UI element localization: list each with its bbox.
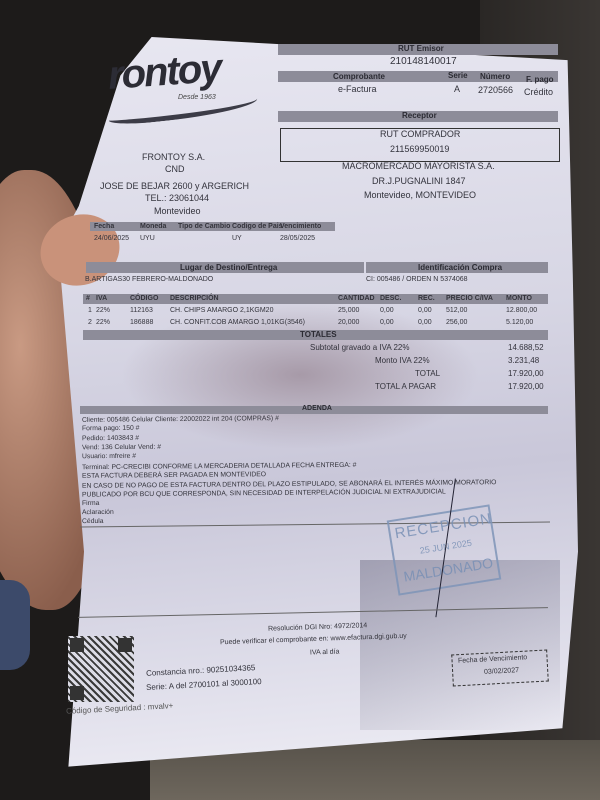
item-cell: 1 bbox=[88, 307, 92, 314]
qr-code bbox=[68, 636, 134, 702]
comprobante: e-Factura bbox=[338, 84, 377, 94]
rut-emisor: 210148140017 bbox=[390, 56, 457, 67]
issuer-address: JOSE DE BEJAR 2600 y ARGERICH bbox=[100, 181, 249, 191]
issuer-city: Montevideo bbox=[154, 206, 201, 216]
total-value: 14.688,52 bbox=[508, 343, 544, 352]
total-value: 3.231,48 bbox=[508, 356, 539, 365]
logo-tagline: Desde 1963 bbox=[178, 94, 216, 101]
comprobante-bar bbox=[278, 71, 558, 82]
item-cell: 2 bbox=[88, 319, 92, 326]
item-cell: 0,00 bbox=[380, 307, 394, 314]
adenda-line: Cédula bbox=[82, 518, 104, 525]
issuer-name: FRONTOY S.A. bbox=[142, 152, 205, 162]
info-value: 24/06/2025 bbox=[94, 235, 129, 242]
items-column-header: CANTIDAD bbox=[338, 295, 375, 302]
adenda-line: Forma pago: 150 # bbox=[82, 425, 139, 433]
items-column-header: CÓDIGO bbox=[130, 295, 158, 302]
items-column-header: PRECIO C/IVA bbox=[446, 295, 493, 302]
info-column-header: Codigo de Pais bbox=[232, 223, 283, 230]
item-cell: CH. CHIPS AMARGO 2,1KGM20 bbox=[170, 307, 273, 314]
item-cell: 256,00 bbox=[446, 319, 467, 326]
item-cell: 0,00 bbox=[418, 319, 432, 326]
adenda-line: Pedido: 1403843 # bbox=[82, 434, 139, 441]
items-column-header: DESCRIPCIÓN bbox=[170, 295, 219, 302]
item-cell: 186888 bbox=[130, 319, 153, 326]
serie-label: Serie bbox=[448, 71, 468, 80]
info-value: UYU bbox=[140, 235, 155, 242]
total-label: Subtotal gravado a IVA 22% bbox=[310, 343, 409, 352]
info-value: UY bbox=[232, 235, 242, 242]
info-column-header: Moneda bbox=[140, 223, 166, 230]
item-cell: 0,00 bbox=[418, 307, 432, 314]
rut-comprador-label: RUT COMPRADOR bbox=[380, 129, 460, 139]
info-value: 28/05/2025 bbox=[280, 235, 315, 242]
receptor-name: MACROMERCADO MAYORISTA S.A. bbox=[342, 161, 495, 171]
info-column-header: Tipo de Cambio bbox=[178, 223, 230, 230]
receptor-label: Receptor bbox=[402, 111, 437, 120]
numero-label: Número bbox=[480, 72, 510, 81]
total-label: TOTAL A PAGAR bbox=[375, 382, 436, 391]
item-cell: 5.120,00 bbox=[506, 319, 533, 326]
adenda-line: Vend: 136 Celular Vend: # bbox=[82, 444, 161, 452]
forma-pago-label: F. pago bbox=[526, 75, 554, 84]
adenda-label: ADENDA bbox=[302, 405, 332, 412]
item-cell: 22% bbox=[96, 307, 110, 314]
item-cell: 22% bbox=[96, 319, 110, 326]
destino-value: B.ARTIGAS30 FEBRERO-MALDONADO bbox=[85, 276, 213, 283]
items-column-header: # bbox=[86, 295, 90, 302]
item-cell: 0,00 bbox=[380, 319, 394, 326]
receptor-city: Montevideo, MONTEVIDEO bbox=[364, 190, 476, 200]
item-cell: 512,00 bbox=[446, 307, 467, 314]
total-label: TOTAL bbox=[415, 369, 440, 378]
items-column-header: IVA bbox=[96, 295, 107, 302]
identificacion-value: CI: 005486 / ORDEN N 5374068 bbox=[366, 276, 468, 283]
total-value: 17.920,00 bbox=[508, 382, 544, 391]
issuer-branch: CND bbox=[165, 164, 185, 174]
adenda-line: ESTA FACTURA DEBERÁ SER PAGADA EN MONTEV… bbox=[82, 471, 266, 480]
item-cell: 12.800,00 bbox=[506, 307, 537, 314]
identificacion-label: Identificación Compra bbox=[418, 263, 502, 272]
adenda-line: Usuario: mfreire # bbox=[82, 453, 136, 460]
numero: 2720566 bbox=[478, 85, 513, 95]
adenda-line: Firma bbox=[82, 500, 99, 507]
sleeve bbox=[0, 580, 30, 670]
rut-emisor-label: RUT Emisor bbox=[398, 44, 444, 53]
rut-comprador: 211569950019 bbox=[390, 144, 449, 154]
item-cell: 20,000 bbox=[338, 319, 359, 326]
totales-label: TOTALES bbox=[300, 330, 337, 339]
items-column-header: DESC. bbox=[380, 295, 401, 302]
info-column-header: Fecha bbox=[94, 223, 114, 230]
receptor-address: DR.J.PUGNALINI 1847 bbox=[372, 176, 466, 186]
total-label: Monto IVA 22% bbox=[375, 356, 430, 365]
forma-pago: Crédito bbox=[524, 87, 553, 97]
serie: A bbox=[454, 84, 460, 94]
total-value: 17.920,00 bbox=[508, 369, 544, 378]
issuer-phone: TEL.: 23061044 bbox=[145, 193, 209, 203]
comprobante-label: Comprobante bbox=[333, 72, 385, 81]
destino-label: Lugar de Destino/Entrega bbox=[180, 263, 277, 272]
item-cell: 112163 bbox=[130, 307, 153, 314]
iva-al-dia: IVA al día bbox=[310, 648, 340, 656]
adenda-line: Aclaración bbox=[82, 509, 114, 516]
issuer-logo: rontoy bbox=[107, 46, 222, 99]
info-column-header: Vencimiento bbox=[280, 223, 321, 230]
items-column-header: MONTO bbox=[506, 295, 532, 302]
items-column-header: REC. bbox=[418, 295, 435, 302]
item-cell: 25,000 bbox=[338, 307, 359, 314]
item-cell: CH. CONFIT.COB AMARGO 1,01KG(3546) bbox=[170, 319, 305, 326]
